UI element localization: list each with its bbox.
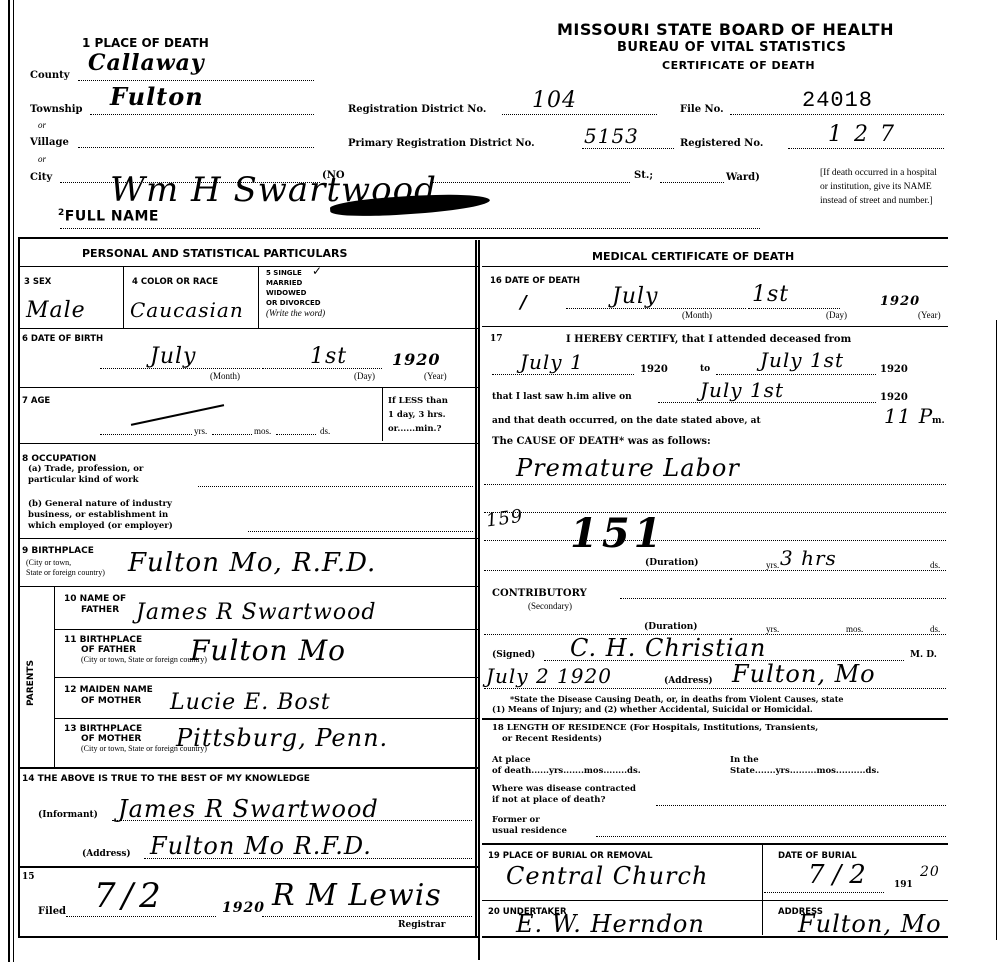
occ-b-line-1: (b) General nature of industry: [28, 499, 173, 510]
less-than-day[interactable]: If LESS than 1 day, 3 hrs. or......min.?: [388, 394, 448, 436]
father-name-label-line-2: FATHER: [64, 605, 126, 616]
full-name-field[interactable]: Wm H Swartwood: [60, 226, 760, 229]
dod-label: 16 DATE OF DEATH: [490, 276, 580, 286]
dod-year-caption: (Year): [918, 310, 941, 320]
occupation-industry-field[interactable]: [248, 529, 473, 532]
place-of-death-heading: 1 PLACE OF DEATH: [82, 36, 209, 50]
footnote-line-2: (1) Means of Injury; and (2) whether Acc…: [492, 704, 844, 714]
dod-day-caption: (Day): [826, 310, 847, 320]
age-label: 7 AGE: [22, 396, 50, 406]
former-line-1: Former or: [492, 815, 567, 826]
death-time-label: and that death occurred, on the date sta…: [492, 416, 761, 426]
informant-address-label: (Address): [82, 849, 131, 859]
full-name-text: FULL NAME: [65, 209, 159, 225]
father-birthplace-value[interactable]: Fulton Mo: [190, 634, 346, 667]
certificate-title: CERTIFICATE OF DEATH: [662, 59, 815, 72]
file-no-value: 24018: [802, 88, 873, 113]
footnote-line-1: *State the Disease Causing Death, or, in…: [492, 694, 844, 704]
residence-in-state[interactable]: In the State.......yrs.........mos......…: [730, 755, 879, 777]
md-label: M. D.: [910, 650, 937, 660]
birthplace-sub-line-2: State or foreign country): [26, 568, 105, 578]
county-value: Callaway: [88, 50, 205, 76]
less-than-line-1: If LESS than: [388, 394, 448, 408]
dob-year-value[interactable]: 1920: [392, 350, 441, 369]
sex-color-divider: [123, 266, 124, 328]
filed-label: Filed: [38, 906, 66, 917]
signed-date-value: July 2 1920: [486, 664, 612, 688]
registrar-field[interactable]: [262, 914, 472, 917]
ward-field[interactable]: [660, 168, 724, 183]
row-rule-bottom-left: [18, 936, 478, 938]
certify-number: 17: [490, 334, 503, 344]
occupation-a-label: (a) Trade, profession, or particular kin…: [28, 464, 143, 486]
duration-yrs: yrs.: [766, 560, 779, 570]
registrar-label: Registrar: [398, 920, 445, 930]
dob-month-value: July: [150, 344, 196, 369]
signed-address-value: Fulton, Mo: [732, 660, 876, 688]
color-label: 4 COLOR OR RACE: [132, 277, 218, 287]
primary-reg-label: Primary Registration District No.: [348, 138, 535, 149]
death-time-value[interactable]: 11 P: [884, 404, 933, 428]
residence-line-1: 18 LENGTH OF RESIDENCE (For Hospitals, I…: [492, 723, 818, 734]
father-birthplace-label: 11 BIRTHPLACE OF FATHER (City or town, S…: [64, 635, 207, 665]
age-months-field[interactable]: [212, 432, 252, 435]
father-name-label: 10 NAME OF FATHER: [64, 594, 126, 616]
attended-from-year: 1920: [640, 364, 668, 375]
burial-year-suffix: 20: [920, 864, 940, 880]
registrar-signature: R M Lewis: [272, 878, 442, 913]
dob-day-value: 1st: [310, 344, 347, 369]
village-field[interactable]: [78, 133, 314, 148]
filed-year-value[interactable]: 1920: [222, 900, 265, 916]
last-saw-label: that I last saw h.im alive on: [492, 392, 632, 402]
to-label: to: [700, 364, 710, 374]
in-state-line-2: State.......yrs.........mos..........ds.: [730, 766, 879, 777]
separator-top: [18, 237, 948, 239]
sex-label: 3 SEX: [24, 277, 51, 287]
reg-district-label: Registration District No.: [348, 104, 486, 115]
occ-b-line-2: business, or establishment in: [28, 510, 173, 521]
mother-name-label: 12 MAIDEN NAME OF MOTHER: [64, 685, 153, 707]
undertaker-address-value[interactable]: Fulton, Mo: [798, 910, 942, 938]
father-name-label-line-1: 10 NAME OF: [64, 594, 126, 605]
county-label: County: [30, 70, 70, 81]
former-line-2: usual residence: [492, 826, 567, 837]
burial-place-label: 19 PLACE OF BURIAL OR REMOVAL: [488, 851, 653, 861]
primary-reg-field[interactable]: 5153: [582, 134, 674, 149]
marital-married: MARRIED: [266, 278, 325, 288]
occ-a-line-2: particular kind of work: [28, 475, 143, 486]
duration-ds: ds.: [930, 560, 940, 570]
primary-reg-value: 5153: [584, 124, 639, 148]
cause-field-1[interactable]: [484, 482, 946, 485]
personal-section-title: PERSONAL AND STATISTICAL PARTICULARS: [82, 247, 347, 260]
file-no-label: File No.: [680, 104, 724, 115]
medical-title-rule: [482, 266, 948, 267]
dob-day-caption: (Day): [354, 371, 375, 381]
large-code: 151: [570, 510, 666, 557]
burial-date-field[interactable]: [764, 890, 884, 893]
occ-b-line-3: which employed (or employer): [28, 521, 173, 532]
attended-to-field[interactable]: [716, 372, 876, 375]
full-name-label: 2FULL NAME: [58, 208, 159, 225]
row-rule-father-name: [54, 629, 478, 630]
informant-label: (Informant): [38, 810, 98, 820]
row-rule-occupation: [18, 538, 478, 539]
mother-name-label-line-1: 12 MAIDEN NAME: [64, 685, 153, 696]
dod-month-caption: (Month): [682, 310, 712, 320]
row-rule-informant: [18, 866, 478, 868]
contracted-line-1: Where was disease contracted: [492, 784, 636, 795]
signed-label: (Signed): [492, 650, 535, 660]
signed-value: C. H. Christian: [570, 634, 766, 662]
center-divider: [478, 240, 480, 960]
township-label: Township: [30, 104, 83, 115]
street-label: St.;: [634, 170, 653, 181]
color-value[interactable]: Caucasian: [130, 298, 244, 322]
cause-field-2[interactable]: [484, 510, 946, 513]
bureau-title: BUREAU OF VITAL STATISTICS: [617, 40, 846, 55]
mother-name-value[interactable]: Lucie E. Bost: [170, 690, 331, 715]
row-rule-mother-name: [54, 718, 478, 719]
informant-heading: 14 THE ABOVE IS TRUE TO THE BEST OF MY K…: [22, 774, 310, 784]
contributory-yrs: yrs.: [766, 624, 779, 634]
age-mos-label: mos.: [254, 426, 271, 436]
reg-district-field[interactable]: 104: [502, 100, 657, 115]
cause-label: The CAUSE OF DEATH* was as follows:: [492, 436, 711, 447]
burial-place-value[interactable]: Central Church: [506, 862, 708, 890]
reg-district-value: 104: [532, 88, 577, 113]
city-label: City: [30, 172, 52, 183]
disease-contracted-field[interactable]: [656, 803, 946, 806]
township-value: Fulton: [110, 82, 204, 111]
row-rule-mother-bp: [18, 767, 478, 769]
right-page-edge: [996, 320, 997, 940]
marital-divorced: OR DIVORCED: [266, 298, 325, 308]
cause-value: Premature Labor: [516, 454, 740, 482]
township-field[interactable]: Fulton: [90, 98, 314, 115]
file-no-field[interactable]: 24018: [730, 100, 944, 115]
burial-date-value: 7/2: [808, 860, 874, 890]
row-rule-dod: [482, 326, 948, 327]
row-rule-dob: [18, 387, 478, 388]
left-column-right-border: [475, 240, 477, 938]
margin-code: 159: [485, 506, 525, 532]
occupation-label: 8 OCCUPATION: [22, 454, 96, 464]
last-saw-year: 1920: [880, 392, 908, 403]
sex-value[interactable]: Male: [26, 298, 86, 323]
birthplace-label: 9 BIRTHPLACE: [22, 546, 94, 556]
dob-month-caption: (Month): [210, 371, 240, 381]
certify-text: I HEREBY CERTIFY, that I attended deceas…: [566, 334, 851, 345]
row-rule-footnote: [482, 718, 948, 720]
personal-title-rule: [18, 266, 478, 267]
disease-contracted: Where was disease contracted if not at p…: [492, 784, 636, 806]
filed-date-value: 7/2: [94, 876, 167, 916]
occupation-b-label: (b) General nature of industry business,…: [28, 499, 173, 532]
occupation-trade-field[interactable]: [198, 484, 473, 487]
left-column-border: [18, 237, 20, 937]
mother-name-label-line-2: OF MOTHER: [64, 696, 153, 707]
dod-month-value: July: [612, 284, 658, 309]
dod-day-value: 1st: [752, 282, 789, 307]
street-field[interactable]: [430, 168, 630, 183]
row-rule-burial: [482, 900, 948, 901]
burial-divider: [762, 845, 763, 935]
row-rule-father-bp: [54, 677, 478, 678]
marital-hint: (Write the word): [266, 308, 325, 318]
informant-value: James R Swartwood: [118, 795, 379, 823]
age-years-field[interactable]: [100, 432, 192, 435]
dob-year-caption: (Year): [424, 371, 447, 381]
marital-widowed: WIDOWED: [266, 288, 325, 298]
birthplace-value[interactable]: Fulton Mo, R.F.D.: [128, 548, 376, 578]
medical-section-title: MEDICAL CERTIFICATE OF DEATH: [592, 250, 794, 263]
marital-checkmark: ✓: [312, 264, 322, 279]
contributory-ds: ds.: [930, 624, 940, 634]
father-bp-line-3: (City or town, State or foreign country): [64, 655, 207, 665]
father-name-value[interactable]: James R Swartwood: [136, 600, 376, 625]
age-days-field[interactable]: [276, 432, 316, 435]
residence-label: 18 LENGTH OF RESIDENCE (For Hospitals, I…: [492, 723, 818, 745]
registered-no-field[interactable]: 127: [788, 134, 944, 149]
birthplace-sub: (City or town, State or foreign country): [26, 558, 105, 578]
contributory-duration-label: (Duration): [644, 622, 698, 632]
county-field[interactable]: Callaway: [78, 64, 314, 81]
filed-number: 15: [22, 872, 35, 882]
row-rule-age: [18, 443, 478, 444]
row-rule-bottom-right: [482, 936, 948, 938]
mother-birthplace-value[interactable]: Pittsburg, Penn.: [176, 724, 388, 752]
at-place-line-1: At place: [492, 755, 641, 766]
hospital-note: [If death occurred in a hospital or inst…: [820, 166, 946, 208]
in-state-line-1: In the: [730, 755, 879, 766]
occ-a-line-1: (a) Trade, profession, or: [28, 464, 143, 475]
father-bp-line-2: OF FATHER: [64, 645, 207, 655]
cause-field-3[interactable]: [484, 538, 946, 541]
dod-year-value[interactable]: 1920: [880, 294, 920, 309]
attended-to-value: July 1st: [760, 348, 844, 372]
former-residence-field[interactable]: [596, 834, 946, 837]
form-title: MISSOURI STATE BOARD OF HEALTH: [557, 20, 894, 39]
cause-footnote: *State the Disease Causing Death, or, in…: [492, 694, 844, 714]
burial-year-prefix: 191: [894, 880, 913, 890]
less-than-line-3: or......min.?: [388, 422, 448, 436]
at-place-line-2: of death......yrs.......mos........ds.: [492, 766, 641, 777]
contributory-field[interactable]: [620, 596, 946, 599]
left-border: [8, 0, 10, 962]
village-label: Village: [30, 137, 69, 148]
informant-address-value: Fulton Mo R.F.D.: [150, 832, 372, 860]
duration-label: (Duration): [645, 558, 699, 568]
contributory-mos: mos.: [846, 624, 863, 634]
full-name-number: 2: [58, 208, 65, 218]
death-time-suffix: m.: [932, 416, 945, 426]
dob-label: 6 DATE OF BIRTH: [22, 334, 103, 344]
registered-no-label: Registered No.: [680, 138, 763, 149]
cause-duration-field[interactable]: [484, 568, 946, 571]
dod-mark: /: [520, 292, 528, 313]
or-label-2: or: [38, 154, 46, 164]
left-border-inner: [13, 0, 14, 962]
age-yrs-label: yrs.: [194, 426, 207, 436]
ward-label: Ward): [726, 172, 760, 183]
undertaker-value[interactable]: E. W. Herndon: [516, 910, 705, 938]
attended-from-value: July 1: [520, 350, 584, 374]
row-rule-residence: [482, 843, 948, 845]
less-than-line-2: 1 day, 3 hrs.: [388, 408, 448, 422]
duration-value: 3 hrs: [780, 546, 837, 570]
age-ds-label: ds.: [320, 426, 330, 436]
contracted-line-2: if not at place of death?: [492, 795, 636, 806]
parents-side-label: PARENTS: [26, 660, 36, 706]
attended-to-year: 1920: [880, 364, 908, 375]
birthplace-sub-line-1: (City or town,: [26, 558, 105, 568]
residence-line-2: or Recent Residents): [492, 734, 818, 745]
residence-at-place[interactable]: At place of death......yrs.......mos....…: [492, 755, 641, 777]
or-label-1: or: [38, 120, 46, 130]
contributory-label: CONTRIBUTORY: [492, 588, 587, 599]
row-rule-sex: [18, 328, 478, 329]
age-dash-stroke: [131, 404, 224, 426]
secondary-label: (Secondary): [528, 601, 572, 611]
former-residence: Former or usual residence: [492, 815, 567, 837]
registered-no-value: 127: [828, 122, 906, 147]
father-bp-line-1: 11 BIRTHPLACE: [64, 635, 207, 645]
row-rule-birthplace: [18, 586, 478, 587]
color-marital-divider: [258, 266, 259, 328]
last-saw-value: July 1st: [700, 378, 784, 402]
age-less-divider: [382, 387, 383, 441]
signed-address-label: (Address): [664, 676, 713, 686]
